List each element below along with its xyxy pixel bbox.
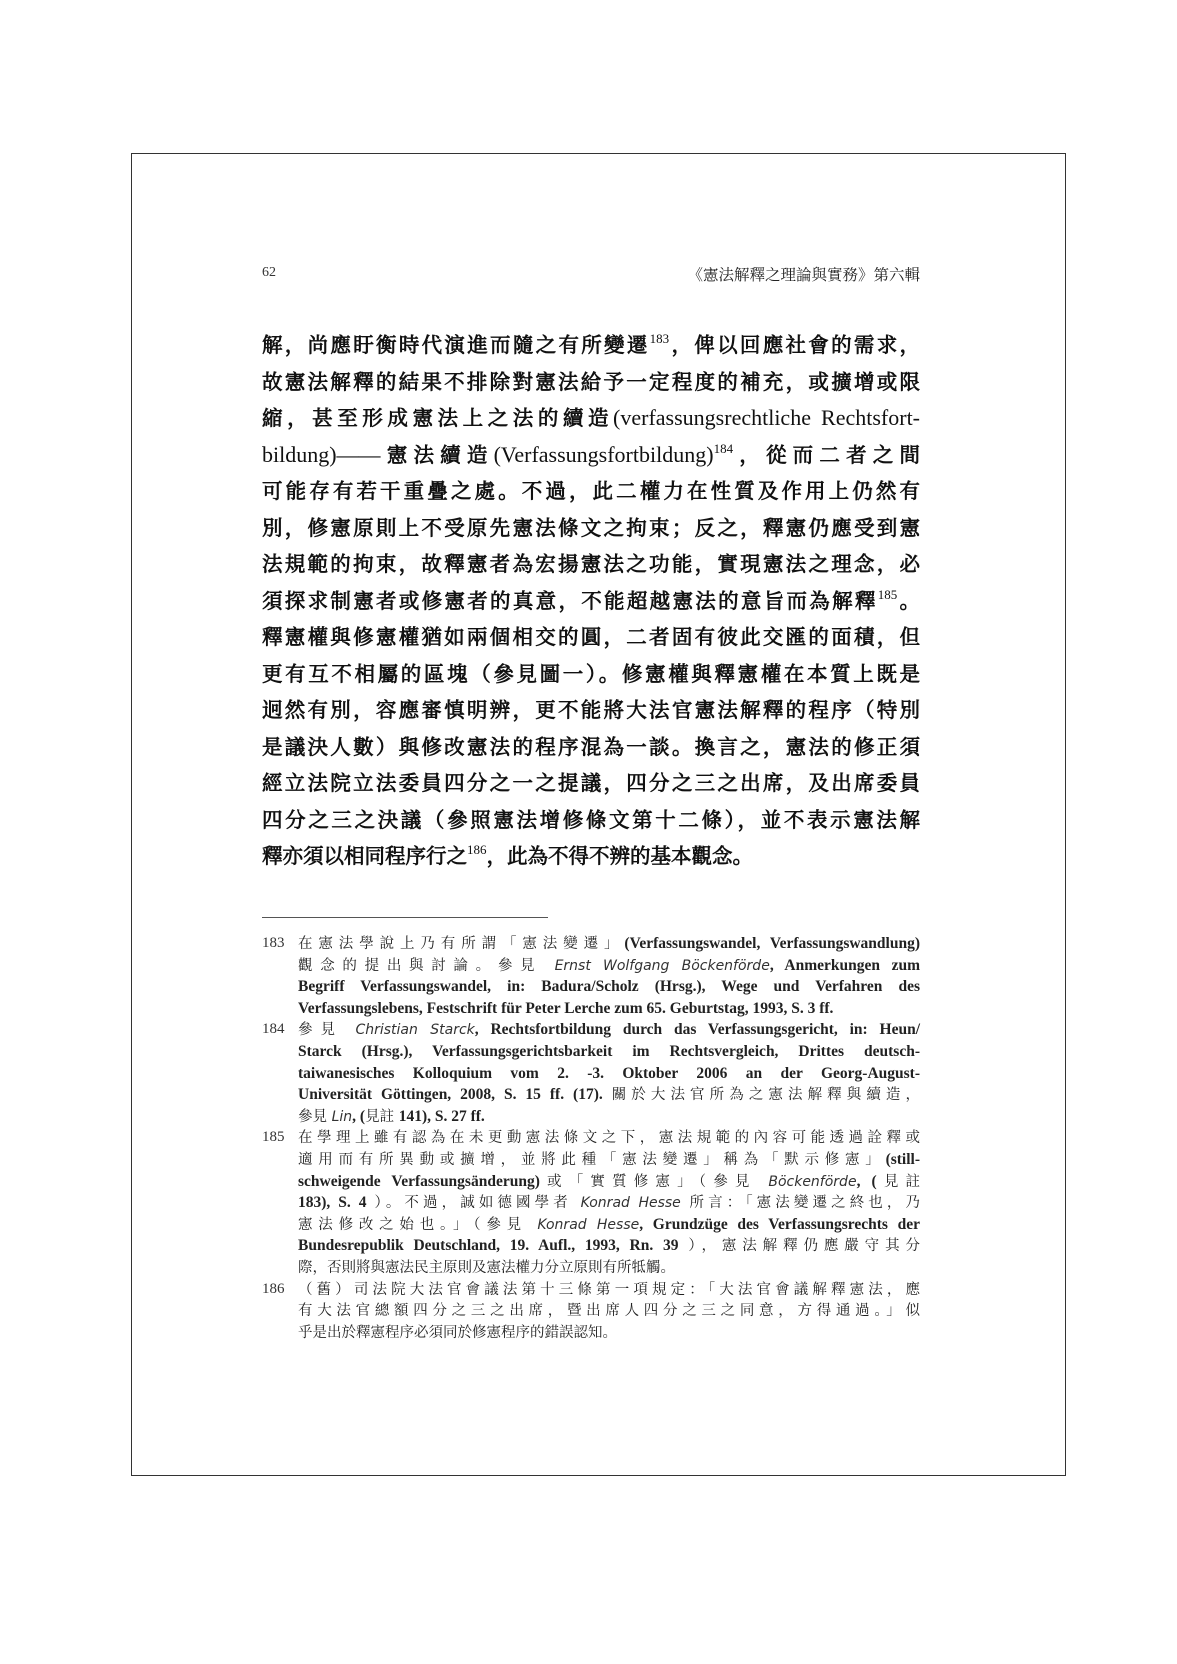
author-name: Konrad Hesse	[537, 1217, 639, 1233]
cjk-text: 適用而有所異動或擴增，並將此種「憲法變遷」稱為「默示修憲」	[298, 1152, 886, 1168]
cjk-text: 際，否則將與憲法民主原則及憲法權力分立原則有所牴觸。	[298, 1260, 675, 1276]
footnote-line: 183), S. 4 ）。不過，誠如德國學者 Konrad Hesse 所言：「…	[298, 1192, 920, 1214]
latin-text: (Verfassungsfortbildung)	[494, 442, 714, 467]
cjk-text: 須探求制憲者或修憲者的真意，不能超越憲法的意旨而為解釋	[262, 589, 878, 613]
cjk-text: 觀念的提出與討論。參見	[298, 958, 555, 974]
footnote-line: Begriff Verfassungswandel, in: Badura/Sc…	[298, 976, 920, 998]
footnote-line: Universität Göttingen, 2008, S. 15 ff. (…	[298, 1084, 920, 1106]
footnote-line: taiwanesisches Kolloquium vom 2. -3. Okt…	[298, 1063, 920, 1085]
citation-text: Verfassungslebens, Festschrift für Peter…	[298, 1000, 833, 1017]
author-name: Christian Starck	[355, 1022, 474, 1038]
footnote-line: Starck (Hrsg.), Verfassungsgerichtsbarke…	[298, 1041, 920, 1063]
citation-text: 141), S. 27 ff.	[399, 1108, 485, 1125]
cjk-text: ），憲法解釋仍應嚴守其分	[688, 1238, 920, 1254]
citation-text: schweigende Verfassungsänderung)	[298, 1173, 540, 1190]
cjk-text: 在憲法學說上乃有所謂「憲法變遷」	[298, 936, 624, 952]
footnote-line: 在學理上雖有認為在未更動憲法條文之下，憲法規範的內容可能透過詮釋或	[298, 1127, 920, 1149]
body-line: 別，修憲原則上不受原先憲法條文之拘束；反之，釋憲仍應受到憲	[262, 510, 920, 547]
footnote-line: 際，否則將與憲法民主原則及憲法權力分立原則有所牴觸。	[298, 1257, 920, 1279]
footnote-number: 183	[262, 933, 285, 954]
citation-text: Bundesrepublik Deutschland, 19. Aufl., 1…	[298, 1237, 688, 1254]
author-name: Lin	[332, 1109, 353, 1125]
latin-text: (verfassungsrechtliche Rechtsfort-	[613, 405, 920, 430]
footnote-line: 參見 Lin, (見註 141), S. 27 ff.	[298, 1106, 920, 1128]
citation-text: , (	[352, 1108, 365, 1125]
citation-text: , Rechtsfortbildung durch das Verfassung…	[475, 1021, 920, 1038]
cjk-text: 釋憲權與修憲權猶如兩個相交的圓，二者固有彼此交匯的面積，但	[262, 625, 920, 649]
latin-text: bildung)——	[262, 442, 381, 467]
footnote-line: 觀念的提出與討論。參見 Ernst Wolfgang Böckenförde, …	[298, 955, 920, 977]
citation-text: Starck (Hrsg.), Verfassungsgerichtsbarke…	[298, 1043, 920, 1060]
footnote-line: Verfassungslebens, Festschrift für Peter…	[298, 998, 920, 1020]
footnote-number: 186	[262, 1279, 285, 1300]
body-line: 縮，甚至形成憲法上之法的續造(verfassungsrechtliche Rec…	[262, 400, 920, 437]
cjk-text: 關於大法官所為之憲法解釋與續造，	[612, 1087, 920, 1103]
citation-text: 183), S. 4	[298, 1194, 374, 1211]
footnote-186: 186（舊）司法院大法官會議法第十三條第一項規定：「大法官會議解釋憲法，應有大法…	[262, 1279, 920, 1344]
cjk-text: 可能存有若干重疊之處。不過，此二權力在性質及作用上仍然有	[262, 479, 920, 503]
footnote-184: 184參見 Christian Starck, Rechtsfortbildun…	[262, 1019, 920, 1127]
body-line: 四分之三之決議（參照憲法增修條文第十二條），並不表示憲法解	[262, 802, 920, 839]
author-name: Ernst Wolfgang Böckenförde	[555, 958, 770, 974]
body-paragraph: 解，尚應盱衡時代演進而隨之有所變遷183，俾以回應社會的需求，故憲法解釋的結果不…	[262, 327, 920, 875]
footnote-line: 憲法修改之始也。」（參見 Konrad Hesse, Grundzüge des…	[298, 1214, 920, 1236]
cjk-text: ，此為不得不辨的基本觀念。	[487, 844, 754, 868]
cjk-text: 參見	[298, 1022, 355, 1038]
footnote-183: 183在憲法學說上乃有所謂「憲法變遷」(Verfassungswandel, V…	[262, 933, 920, 1019]
cjk-text: 更有互不相屬的區塊（參見圖一）。修憲權與釋憲權在本質上既是	[262, 662, 920, 686]
citation-text: (Verfassungswandel, Verfassungswandlung)	[624, 935, 920, 952]
cjk-text: ，俾以回應社會的需求，	[669, 333, 920, 357]
body-line: bildung)——憲法續造(Verfassungsfortbildung)18…	[262, 437, 920, 474]
footnote-line: 適用而有所異動或擴增，並將此種「憲法變遷」稱為「默示修憲」(still-	[298, 1149, 920, 1171]
footnote-line: 參見 Christian Starck, Rechtsfortbildung d…	[298, 1019, 920, 1041]
cjk-text: 在學理上雖有認為在未更動憲法條文之下，憲法規範的內容可能透過詮釋或	[298, 1130, 920, 1146]
body-line: 須探求制憲者或修憲者的真意，不能超越憲法的意旨而為解釋185。	[262, 583, 920, 620]
cjk-text: 經立法院立法委員四分之一之提議，四分之三之出席，及出席委員	[262, 771, 920, 795]
cjk-text: 法規範的拘束，故釋憲者為宏揚憲法之功能，實現憲法之理念，必	[262, 552, 920, 576]
cjk-text: 釋亦須以相同程序行之	[262, 844, 467, 868]
body-line: 更有互不相屬的區塊（參見圖一）。修憲權與釋憲權在本質上既是	[262, 656, 920, 693]
body-line: 解，尚應盱衡時代演進而隨之有所變遷183，俾以回應社會的需求，	[262, 327, 920, 364]
cjk-text: 縮，甚至形成憲法上之法的續造	[262, 406, 613, 430]
citation-text: Universität Göttingen, 2008, S. 15 ff. (…	[298, 1086, 612, 1103]
cjk-text: 見註	[365, 1109, 399, 1125]
footnote-line: 在憲法學說上乃有所謂「憲法變遷」(Verfassungswandel, Verf…	[298, 933, 920, 955]
footnote-number: 185	[262, 1127, 285, 1148]
footnotes: 183在憲法學說上乃有所謂「憲法變遷」(Verfassungswandel, V…	[262, 933, 920, 1343]
cjk-text: 憲法續造	[381, 443, 494, 467]
footnote-line: 有大法官總額四分之三之出席，暨出席人四分之三之同意，方得通過。」似	[298, 1300, 920, 1322]
body-line: 迥然有別，容應審慎明辨，更不能將大法官憲法解釋的程序（特別	[262, 692, 920, 729]
cjk-text: 所言：「憲法變遷之終也，乃	[681, 1195, 920, 1211]
cjk-text: （舊）司法院大法官會議法第十三條第一項規定：「大法官會議解釋憲法，應	[298, 1282, 920, 1298]
cjk-text: 乎是出於釋憲程序必須同於修憲程序的錯誤認知。	[298, 1325, 617, 1341]
running-title: 《憲法解釋之理論與實務》第六輯	[687, 263, 920, 285]
author-name: Böckenförde	[768, 1174, 856, 1190]
footnote-separator	[262, 917, 548, 918]
cjk-text: 憲法修改之始也。」（參見	[298, 1217, 537, 1233]
cjk-text: ）。不過，誠如德國學者	[374, 1195, 580, 1211]
citation-text: , Anmerkungen zum	[770, 957, 920, 974]
footnote-185: 185在學理上雖有認為在未更動憲法條文之下，憲法規範的內容可能透過詮釋或適用而有…	[262, 1127, 920, 1278]
footnote-reference[interactable]: 186	[467, 842, 487, 857]
footnote-reference[interactable]: 185	[878, 587, 898, 602]
cjk-text: 見註	[877, 1174, 920, 1190]
page-number: 62	[262, 265, 276, 281]
body-line: 法規範的拘束，故釋憲者為宏揚憲法之功能，實現憲法之理念，必	[262, 546, 920, 583]
footnote-line: 乎是出於釋憲程序必須同於修憲程序的錯誤認知。	[298, 1322, 920, 1344]
cjk-text: 別，修憲原則上不受原先憲法條文之拘束；反之，釋憲仍應受到憲	[262, 516, 920, 540]
footnote-number: 184	[262, 1019, 285, 1040]
body-line: 可能存有若干重疊之處。不過，此二權力在性質及作用上仍然有	[262, 473, 920, 510]
cjk-text: 有大法官總額四分之三之出席，暨出席人四分之三之同意，方得通過。」似	[298, 1303, 920, 1319]
footnote-line: Bundesrepublik Deutschland, 19. Aufl., 1…	[298, 1235, 920, 1257]
citation-text: (still-	[886, 1151, 920, 1168]
cjk-text: 解，尚應盱衡時代演進而隨之有所變遷	[262, 333, 650, 357]
citation-text: Begriff Verfassungswandel, in: Badura/Sc…	[298, 978, 920, 995]
footnote-reference[interactable]: 184	[714, 441, 734, 456]
citation-text: , (	[857, 1173, 877, 1190]
body-line: 釋亦須以相同程序行之186，此為不得不辨的基本觀念。	[262, 838, 920, 875]
body-line: 釋憲權與修憲權猶如兩個相交的圓，二者固有彼此交匯的面積，但	[262, 619, 920, 656]
footnote-reference[interactable]: 183	[650, 331, 670, 346]
cjk-text: 是議決人數）與修改憲法的程序混為一談。換言之，憲法的修正須	[262, 735, 920, 759]
cjk-text: 參見	[298, 1109, 332, 1125]
cjk-text: 。	[897, 589, 920, 613]
cjk-text: 迥然有別，容應審慎明辨，更不能將大法官憲法解釋的程序（特別	[262, 698, 920, 722]
citation-text: , Grundzüge des Verfassungsrechts der	[639, 1216, 920, 1233]
body-line: 經立法院立法委員四分之一之提議，四分之三之出席，及出席委員	[262, 765, 920, 802]
author-name: Konrad Hesse	[581, 1195, 681, 1211]
body-line: 故憲法解釋的結果不排除對憲法給予一定程度的補充，或擴增或限	[262, 364, 920, 401]
footnote-line: schweigende Verfassungsänderung)或「實質修憲」（…	[298, 1171, 920, 1193]
cjk-text: 故憲法解釋的結果不排除對憲法給予一定程度的補充，或擴增或限	[262, 370, 920, 394]
page-header: 62 《憲法解釋之理論與實務》第六輯	[262, 263, 920, 287]
citation-text: taiwanesisches Kolloquium vom 2. -3. Okt…	[298, 1065, 920, 1082]
cjk-text: ，從而二者之間	[733, 443, 920, 467]
footnote-line: （舊）司法院大法官會議法第十三條第一項規定：「大法官會議解釋憲法，應	[298, 1279, 920, 1301]
cjk-text: 或「實質修憲」（參見	[540, 1174, 768, 1190]
body-line: 是議決人數）與修改憲法的程序混為一談。換言之，憲法的修正須	[262, 729, 920, 766]
cjk-text: 四分之三之決議（參照憲法增修條文第十二條），並不表示憲法解	[262, 808, 920, 832]
